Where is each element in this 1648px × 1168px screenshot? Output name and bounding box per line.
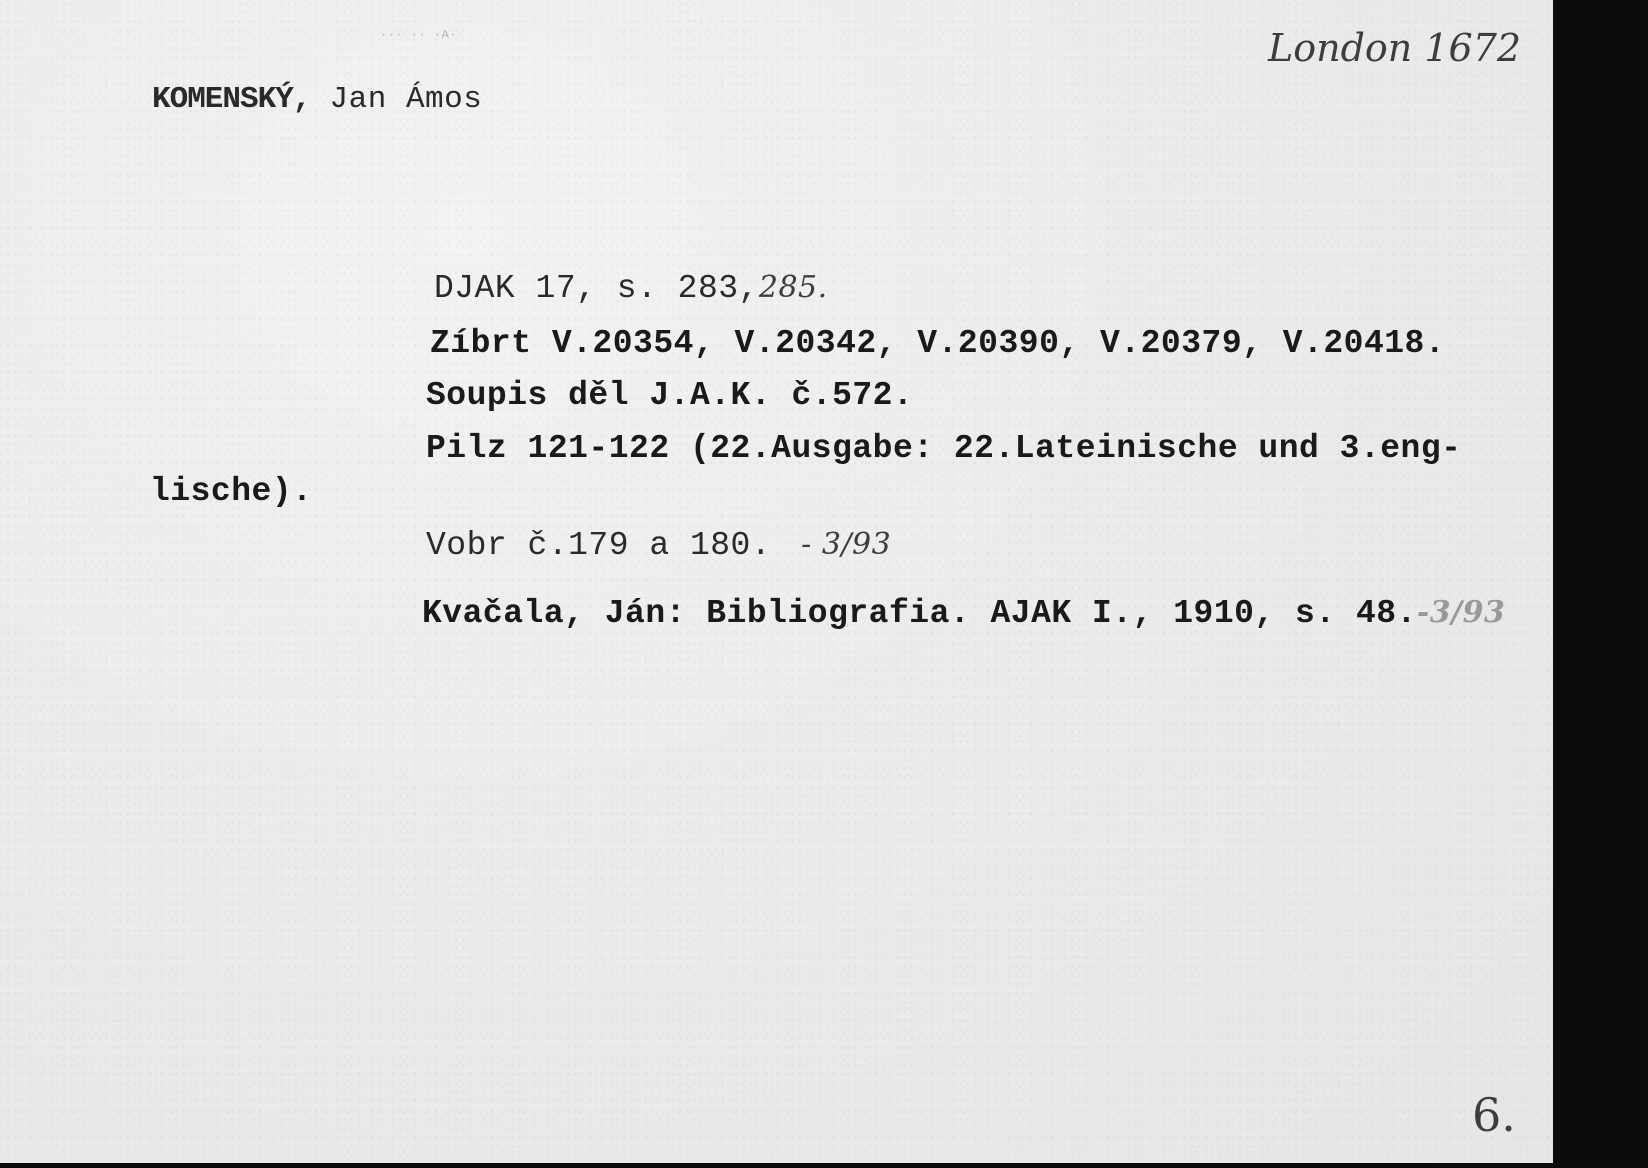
reference-typed: Vobr č.179 a 180. [426, 527, 771, 564]
reference-line-1: DJAK 17, s. 283,285. [434, 270, 828, 307]
reference-line-4-continuation: lische). [150, 473, 312, 510]
handwritten-card-number: 6. [1472, 1088, 1516, 1142]
card-heading: KOMENSKÝ, Jan Ámos [152, 82, 482, 117]
reference-line-2: Zíbrt V.20354, V.20342, V.20390, V.20379… [430, 325, 1445, 362]
reference-typed: Soupis děl J.A.K. č.572. [426, 377, 913, 414]
reference-handwritten-note: 285. [759, 270, 828, 305]
reference-line-4: Pilz 121-122 (22.Ausgabe: 22.Lateinische… [426, 430, 1461, 467]
heading-surname: KOMENSKÝ, [152, 82, 310, 117]
reference-continuation: lische). [150, 473, 312, 510]
faint-bleed-through-text: ··· ·· ·A· [380, 28, 457, 42]
catalog-card: ··· ·· ·A· KOMENSKÝ, Jan Ámos London 167… [0, 0, 1553, 1163]
reference-line-3: Soupis děl J.A.K. č.572. [426, 377, 913, 414]
heading-given-names: Jan Ámos [330, 82, 483, 117]
reference-line-6: Kvačala, Ján: Bibliografia. AJAK I., 191… [422, 595, 1505, 632]
reference-line-5: Vobr č.179 a 180.- 3/93 [426, 527, 891, 564]
reference-typed: Pilz 121-122 (22.Ausgabe: 22.Lateinische… [426, 430, 1461, 467]
reference-handwritten-note: -3/93 [1417, 595, 1506, 630]
reference-handwritten-note: - 3/93 [801, 527, 891, 562]
reference-typed: Zíbrt V.20354, V.20342, V.20390, V.20379… [430, 325, 1445, 362]
reference-typed: Kvačala, Ján: Bibliografia. AJAK I., 191… [422, 595, 1417, 632]
reference-typed: DJAK 17, s. 283, [434, 270, 759, 307]
handwritten-location-year: London 1672 [1268, 26, 1521, 70]
